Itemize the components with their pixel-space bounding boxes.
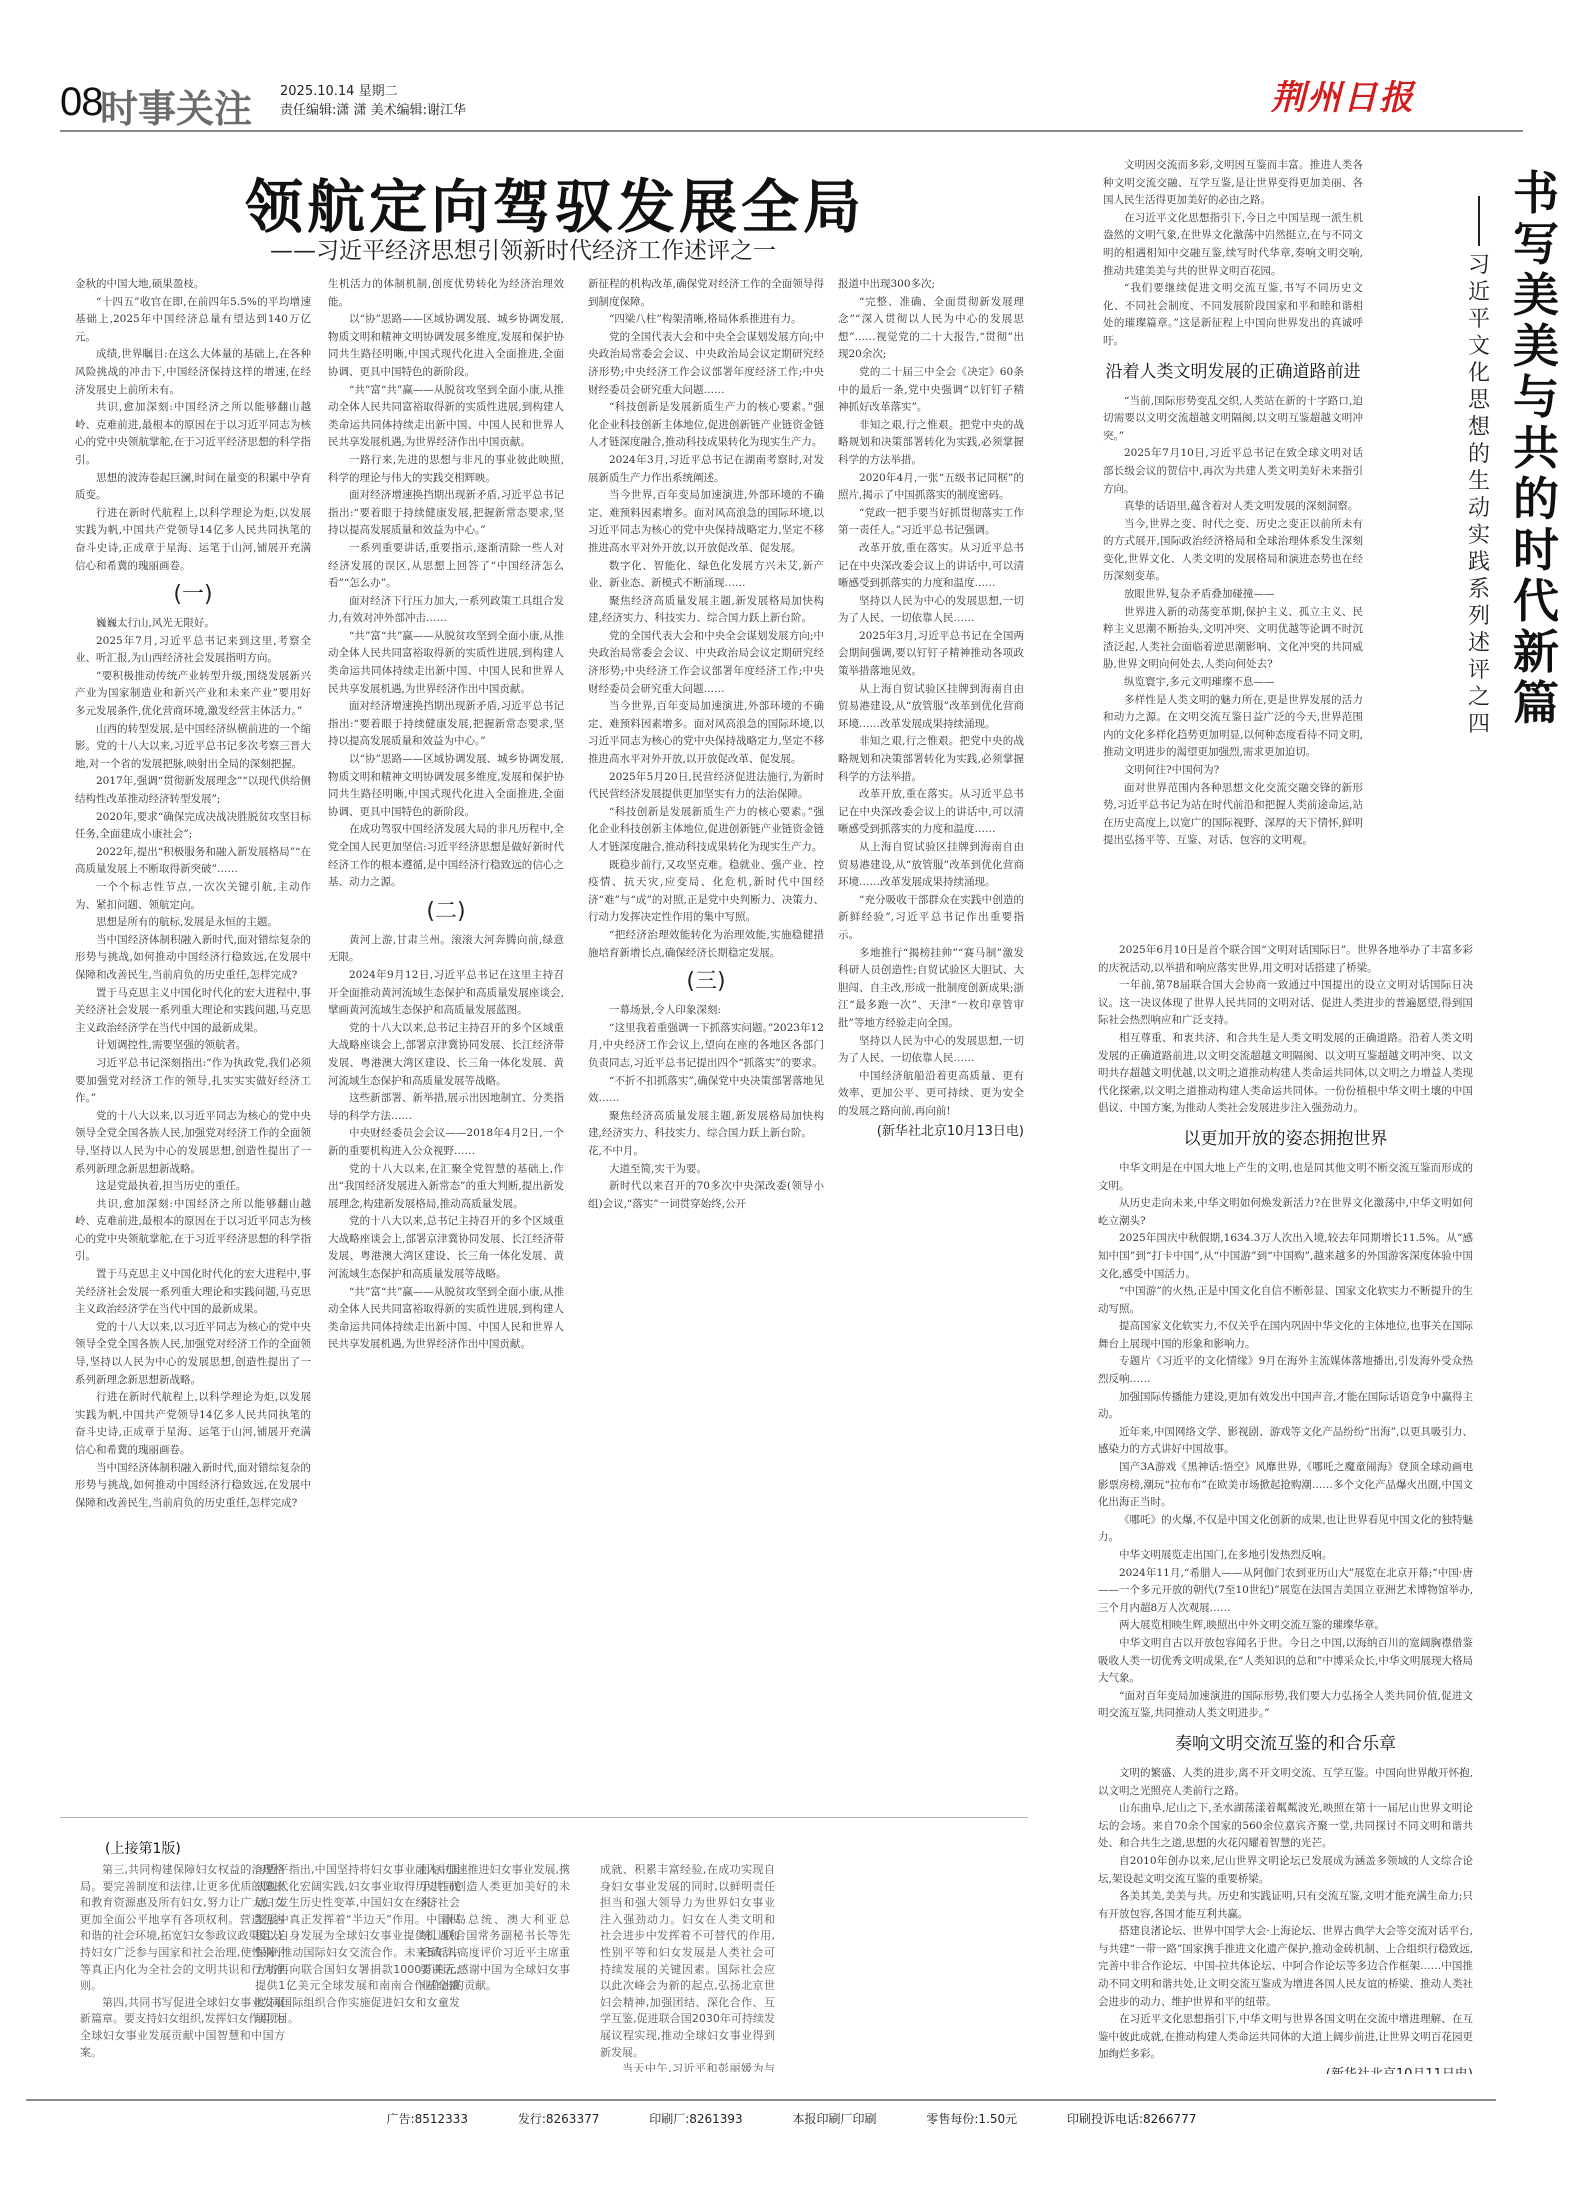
- paragraph: 文明何往?中国何为?: [1103, 762, 1363, 780]
- paragraph: 非知之艰,行之惟艰。把党中央的战略规划和决策部署转化为实践,必须掌握科学的方法举…: [838, 733, 1024, 786]
- paragraph: 非知之艰,行之惟艰。把党中央的战略规划和决策部署转化为实践,必须掌握科学的方法举…: [838, 417, 1024, 470]
- paragraph: 2022年,提出“积极服务和融入新发展格局”“在高质量发展上不断取得新突破”……: [75, 844, 311, 879]
- footer-ad-phone: 广告:8512333: [387, 2112, 469, 2126]
- paragraph: “不折不扣抓落实”,确保党中央决策部署落地见效……: [588, 1073, 824, 1108]
- paragraph: 共识,愈加深刻:中国经济之所以能够翻山越岭、克难前进,最根本的原因在于以习近平同…: [75, 1196, 311, 1266]
- paragraph: 面对经济下行压力加大,一系列政策工具组合发力,有效对冲外部冲击……: [328, 593, 564, 628]
- paragraph: 世界进入新的动荡变革期,保护主义、孤立主义、民粹主义思潮不断抬头,文明冲突、文明…: [1103, 604, 1363, 674]
- main-article-column-2: 生机活力的体制机制,创度优势转化为经济治理效能。 以“协”思路——区域协调发展、…: [328, 276, 564, 1806]
- paragraph: 2025年国庆中秋假期,1634.3万人次出入境,较去年同期增长11.5%。从“…: [1098, 1230, 1473, 1283]
- paragraph: 面对世界范围内各种思想文化交流交融交锋的新形势,习近平总书记为站在时代前沿和把握…: [1103, 780, 1363, 850]
- section-marker-2: (二): [328, 892, 564, 932]
- paragraph: 从上海自贸试验区挂牌到海南自由贸易港建设,从“放管服”改革到优化营商环境……改革…: [838, 839, 1024, 892]
- paragraph: 《哪吒》的火爆,不仅是中国文化创新的成果,也让世界看见中国文化的独特魅力。: [1098, 1512, 1473, 1547]
- paragraph: “面对百年变局加速演进的国际形势,我们要大力弘扬全人类共同价值,促进文明交流互鉴…: [1098, 1688, 1473, 1723]
- paragraph: 巍巍太行山,风光无限好。: [75, 615, 311, 633]
- paragraph: “十四五”收官在即,在前四年5.5%的平均增速基础上,2025年中国经济总量有望…: [75, 294, 311, 347]
- paragraph: “要积极推动传统产业转型升级,围绕发展新兴产业为国家制造业和新兴产业和未来产业”…: [75, 668, 311, 721]
- paragraph: 这些新部署、新举措,展示出因地制宜、分类指导的科学方法……: [328, 1090, 564, 1125]
- paragraph: 中华文明自古以开放包容闻名于世。今日之中国,以海纳百川的宽阔胸襟借鉴吸收人类一切…: [1098, 1635, 1473, 1688]
- paragraph: 一年前,第78届联合国大会协商一致通过中国提出的设立文明对话国际日决议。这一决议…: [1098, 977, 1473, 1030]
- section-marker-3: (三): [588, 962, 824, 1002]
- main-article-subtitle: ——习近平经济思想引领新时代经济工作述评之一: [270, 232, 776, 265]
- paragraph: 党的十八大以来,以习近平同志为核心的党中央领导全党全国各族人民,加强党对经济工作…: [75, 1319, 311, 1389]
- paragraph: 中华文明是在中国大地上产生的文明,也是同其他文明不断交流互鉴而形成的文明。: [1098, 1160, 1473, 1195]
- paragraph: 党的十八大以来,总书记主持召开的多个区域重大战略座谈会上,部署京津冀协同发展、长…: [328, 1020, 564, 1090]
- paragraph: “中国游”的火热,正是中国文化自信不断彰显、国家文化软实力不断提升的生动写照。: [1098, 1283, 1473, 1318]
- paragraph: 2017年,强调“贯彻新发展理念”“以现代供给侧结构性改革推动经济转型发展”;: [75, 773, 311, 808]
- paragraph: 当中国经济体制积融入新时代,面对错综复杂的形势与挑战,如何推动中国经济行稳致远,…: [75, 932, 311, 985]
- paragraph: 置于马克思主义中国化时代化的宏大进程中,事关经济社会发展一系列重大理论和实践问题…: [75, 1266, 311, 1319]
- paragraph: “党政一把手要当好抓贯彻落实工作第一责任人。”习近平总书记强调。: [838, 505, 1024, 540]
- footer-distribution-phone: 发行:8263377: [518, 2112, 600, 2126]
- paragraph: 计划调控性,需要坚强的领航者。: [75, 1037, 311, 1055]
- continuation-label: (上接第1版): [105, 1838, 181, 1858]
- paragraph: 2025年7月,习近平总书记来到这里,考察全业、听汇报,为山西经济社会发展指明方…: [75, 633, 311, 668]
- paragraph: 共识,愈加深刻:中国经济之所以能够翻山越岭、克难前进,最根本的原因在于以习近平同…: [75, 399, 311, 469]
- paragraph: 置于马克思主义中国化时代化的宏大进程中,事关经济社会发展一系列重大理论和实践问题…: [75, 985, 311, 1038]
- paragraph: 文明的繁盛、人类的进步,离不开文明交流、互学互鉴。中国向世界敞开怀抱,以文明之光…: [1098, 1765, 1473, 1800]
- editor-credits: 责任编辑:潇 潇 美术编辑:谢江华: [280, 101, 466, 120]
- side-section-heading-1: 沿着人类文明发展的正确道路前进: [1103, 355, 1363, 389]
- paragraph: 相互尊重、和衷共济、和合共生是人类文明发展的正确道路。沿着人类文明发展的正确道路…: [1098, 1030, 1473, 1118]
- paragraph: 以“协”思路——区域协调发展、城乡协调发展,物质文明和精神文明协调发展多维度,发…: [328, 311, 564, 381]
- paragraph: 行进在新时代航程上,以科学理论为炬,以发展实践为帆,中国共产党领导14亿多人民共…: [75, 1389, 311, 1459]
- paragraph: 2024年3月,习近平总书记在湖南考察时,对发展新质生产力作出系统阐述。: [588, 452, 824, 487]
- masthead-divider: [60, 130, 1523, 132]
- paragraph: 金秋的中国大地,硕果盈枝。: [75, 276, 311, 294]
- paragraph: “完整、准确、全面贯彻新发展理念”“深入贯彻以人民为中心的发展思想”……视觉党的…: [838, 294, 1024, 364]
- paragraph: 生机活力的体制机制,创度优势转化为经济治理效能。: [328, 276, 564, 311]
- paragraph: 习近平总书记深刻指出:“作为执政党,我们必须要加强党对经济工作的领导,扎实实实做…: [75, 1055, 311, 1108]
- paragraph: 党的十八大以来,以习近平同志为核心的党中央领导全党全国各族人民,加强党对经济工作…: [75, 1108, 311, 1178]
- paragraph: 新征程的机构改革,确保党对经济工作的全面领导得到制度保障。: [588, 276, 824, 311]
- paragraph: 当今世界,百年变局加速演进,外部环境的不确定、难预料因素增多。面对风高浪急的国际…: [588, 487, 824, 557]
- paragraph: 思想的波涛卷起巨澜,时间在量变的积累中孕育质变。: [75, 470, 311, 505]
- footer-printer-phone: 印刷厂:8261393: [649, 2112, 743, 2126]
- paragraph: 聚焦经济高质量发展主题,新发展格局加快构建,经济实力、科技实力、综合国力跃上新台…: [588, 1108, 824, 1143]
- paragraph: 党的全国代表大会和中央全会谋划发展方向;中央政治局常委会会议、中央政治局会议定期…: [588, 329, 824, 399]
- footer-price: 零售每份:1.50元: [926, 2112, 1017, 2126]
- paragraph: 山西的转型发展,是中国经济纵横前进的一个缩影。党的十八大以来,习近平总书记多次考…: [75, 721, 311, 774]
- paragraph: 近年来,中国网络文学、影视剧、游戏等文化产品纷纷“出海”,以更具吸引力、感染力的…: [1098, 1424, 1473, 1459]
- paragraph: 坚持以人民为中心的发展思想,一切为了人民、一切依靠人民……: [838, 593, 1024, 628]
- paragraph: 提高国家文化软实力,不仅关乎在国内巩固中华文化的主体地位,也事关在国际舞台上展现…: [1098, 1318, 1473, 1353]
- paragraph: 多地推行“揭榜挂帅”“赛马制”激发科研人员创造性;自贸试验区大胆试、大胆闯、自主…: [838, 945, 1024, 1033]
- paragraph: 当天中午,习近平和彭丽媛为与会国际贵宾举行欢迎宴会。: [600, 2061, 775, 2072]
- paragraph: “我们要继续促进文明交流互鉴,书写不同历史文化、不同社会制度、不同发展阶段国家和…: [1103, 280, 1363, 350]
- paragraph: 既稳步前行,又攻坚克难。稳就业、强产业、控疫情、抗天灾,应变局、化危机,新时代中…: [588, 857, 824, 927]
- paragraph: 黄河上游,甘肃兰州。滚滚大河奔腾向前,绿意无限。: [328, 932, 564, 967]
- paragraph: 一路行来,先进的思想与非凡的事业彼此映照,科学的理论与伟大的实践交相辉映。: [328, 452, 564, 487]
- paragraph: 多样性是人类文明的魅力所在,更是世界发展的活力和动力之源。在文明交流互鉴日益广泛…: [1103, 692, 1363, 762]
- side-article-subtitle: 习近平文化思想的生动实践系列述评之四: [1465, 196, 1493, 738]
- paragraph: 这是党最执着,担当历史的重任。: [75, 1178, 311, 1196]
- main-article-divider: [60, 1817, 1028, 1818]
- paragraph: 2024年9月12日,习近平总书记在这里主持召开全面推动黄河流域生态保护和高质量…: [328, 967, 564, 1020]
- paragraph: 一幕场景,令人印象深刻:: [588, 1002, 824, 1020]
- paragraph: 新时代以来召开的70多次中央深改委(领导小组)会议,“落实”一词贯穿始终,公开: [588, 1178, 824, 1213]
- paragraph: 党的全国代表大会和中央全会谋划发展方向;中央政治局常委会会议、中央政治局会议定期…: [588, 628, 824, 698]
- footer-divider: [26, 2099, 1496, 2101]
- paragraph: 冰岛总统、澳大利亚总统、联合国常务副秘书长等先后致辞,高度评价习近平主席重要讲话…: [420, 1912, 570, 1995]
- paragraph: “科技创新是发展新质生产力的核心要素。”强化企业科技创新主体地位,促进创新链产业…: [588, 804, 824, 857]
- side-article-subtitle-text: 习近平文化思想的生动实践系列述评之四: [1468, 253, 1490, 737]
- issue-meta: 2025.10.14 星期二 责任编辑:潇 潇 美术编辑:谢江华: [280, 82, 466, 120]
- paragraph: 当中国经济体制积融入新时代,面对错综复杂的形势与挑战,如何推动中国经济行稳致远,…: [75, 1460, 311, 1513]
- paragraph: 专题片《习近平的文化情缘》9月在海外主流媒体落地播出,引发海外受众热烈反响……: [1098, 1353, 1473, 1388]
- continuation-column-3: 目标,加速推进妇女事业发展,携手共同创造人类更加美好的未来。 冰岛总统、澳大利亚…: [420, 1862, 570, 2072]
- paragraph: 搭建良渚论坛、世界中国学大会·上海论坛、世界古典学大会等交流对话平台,与共建“一…: [1098, 1923, 1473, 2011]
- subtitle-dash: [1478, 196, 1480, 246]
- paragraph: 2025年5月20日,民营经济促进法施行,为新时代民营经济发展提供更加坚实有力的…: [588, 769, 824, 804]
- paragraph: 党的十八大以来,总书记主持召开的多个区域重大战略座谈会上,部署京津冀协同发展、长…: [328, 1213, 564, 1283]
- paragraph: 当今世界,百年变局加速演进,外部环境的不确定、难预料因素增多。面对风高浪急的国际…: [588, 698, 824, 768]
- paragraph: 文明因交流而多彩,文明因互鉴而丰富。推进人类各种文明交流交融、互学互鉴,是让世界…: [1103, 157, 1363, 210]
- section-marker-1: (一): [75, 575, 311, 615]
- paragraph: 坚持以人民为中心的发展思想,一切为了人民、一切依靠人民……: [838, 1033, 1024, 1068]
- page-number: 08: [60, 80, 103, 125]
- paragraph: “共”富“共”赢——从脱贫攻坚到全面小康,从推动全体人民共同富裕取得新的实质性进…: [328, 1284, 564, 1354]
- paragraph: “科技创新是发展新质生产力的核心要素。”强化企业科技创新主体地位,促进创新链产业…: [588, 399, 824, 452]
- paragraph: 行进在新时代航程上,以科学理论为炬,以发展实践为帆,中国共产党领导14亿多人民共…: [75, 505, 311, 575]
- paragraph: 在成功驾驭中国经济发展大局的非凡历程中,全党全国人民更加坚信:习近平经济思想是做…: [328, 821, 564, 891]
- paragraph: 各美其美,美美与共。历史和实践证明,只有交流互鉴,文明才能充满生命力;只有开放包…: [1098, 1888, 1473, 1923]
- paragraph: 在习近平文化思想指引下,中华文明与世界各国文明在交流中增进理解、在互鉴中彼此成就…: [1098, 2011, 1473, 2064]
- paragraph: “共”富“共”赢——从脱贫攻坚到全面小康,从推动全体人民共同富裕取得新的实质性进…: [328, 628, 564, 698]
- paragraph: 中央财经委员会会议——2018年4月2日,一个新的重要机构进入公众视野……: [328, 1125, 564, 1160]
- paragraph: 2020年,要求“确保完成决战决胜脱贫攻坚目标任务,全面建成小康社会”;: [75, 809, 311, 844]
- paragraph: 思想是所有的航标,发展是永恒的主题。: [75, 914, 311, 932]
- paragraph: 大道至简,实干为要。: [588, 1161, 824, 1179]
- paragraph: 中华文明展览走出国门,在多地引发热烈反响。: [1098, 1547, 1473, 1565]
- footer-complaint-phone: 印刷投诉电话:8266777: [1067, 2112, 1197, 2126]
- paragraph: 一个个标志性节点,一次次关键引航,主动作为、紧扣问题、领航定向。: [75, 879, 311, 914]
- paragraph: 在习近平文化思想指引下,今日之中国呈现一派生机盎然的文明气象,在世界文化激荡中岿…: [1103, 210, 1363, 280]
- paragraph: 数字化、智能化、绿色化发展方兴未艾,新产业、新业态、新模式不断涌现……: [588, 558, 824, 593]
- paragraph: 花,不中月。: [588, 1143, 824, 1161]
- main-article-column-3: 新征程的机构改革,确保党对经济工作的全面领导得到制度保障。 “四梁八柱”构架清晰…: [588, 276, 824, 1806]
- paragraph: “这里我着重强调一下抓落实问题。”2023年12月,中央经济工作会议上,望向在座…: [588, 1020, 824, 1073]
- paragraph: 放眼世界,复杂矛盾叠加碰撞——: [1103, 586, 1363, 604]
- paragraph: 2025年6月10日是首个联合国“文明对话国际日”。世界各地举办了丰富多彩的庆祝…: [1098, 942, 1473, 977]
- paragraph: 真挚的话语里,蕴含着对人类文明发展的深刻洞察。: [1103, 498, 1363, 516]
- paragraph: 成就、积累丰富经验,在成功实现自身妇女事业发展的同时,以鲜明责任担当和强大领导力…: [600, 1862, 775, 2061]
- paragraph: “充分吸收干部群众在实践中创造的新鲜经验”,习近平总书记作出重要指示。: [838, 892, 1024, 945]
- paragraph: 加强国际传播能力建设,更加有效发出中国声音,才能在国际话语竞争中赢得主动。: [1098, 1389, 1473, 1424]
- paragraph: 改革开放,重在落实。从习近平总书记在中央深改委会议上的讲话中,可以清晰感受到抓落…: [838, 540, 1024, 593]
- paragraph: 中国经济航船沿着更高质量、更有效率、更加公平、更可持续、更为安全的发展之路向前,…: [838, 1068, 1024, 1121]
- paragraph: 当今,世界之变、时代之变、历史之变正以前所未有的方式展开,国际政治经济格局和全球…: [1103, 516, 1363, 586]
- section-name: 时事关注: [100, 78, 252, 133]
- paragraph: 2025年7月10日,习近平总书记在致全球文明对话部长级会议的贺信中,再次为共建…: [1103, 445, 1363, 498]
- paragraph: 成绩,世界瞩目:在这么大体量的基础上,在各种风险挑战的冲击下,中国经济保持这样的…: [75, 346, 311, 399]
- page-footer: 广告:8512333 发行:8263377 印刷厂:8261393 本报印刷厂印…: [0, 2110, 1583, 2127]
- main-article-column-4: 报道中出现300多次; “完整、准确、全面贯彻新发展理念”“深入贯彻以人民为中心…: [838, 276, 1024, 1806]
- paragraph: 党的二十届三中全会《决定》60条中的最后一条,党中央强调“以钉钉子精神抓好改革落…: [838, 364, 1024, 417]
- paragraph: 报道中出现300多次;: [838, 276, 1024, 294]
- paragraph: “共”富“共”赢——从脱贫攻坚到全面小康,从推动全体人民共同富裕取得新的实质性进…: [328, 382, 564, 452]
- paragraph: 目标,加速推进妇女事业发展,携手共同创造人类更加美好的未来。: [420, 1862, 570, 1912]
- paragraph: 一系列重要讲话,重要指示,逐渐清除一些人对经济发展的误区,从思想上回答了“中国经…: [328, 540, 564, 593]
- paragraph: 两大展览相映生辉,映照出中外文明交流互鉴的璀璨华章。: [1098, 1617, 1473, 1635]
- side-section-heading-3: 奏响文明交流互鉴的和合乐章: [1098, 1727, 1473, 1761]
- side-article-credit: (新华社北京10月11日电): [1098, 2064, 1473, 2074]
- paragraph: 山东曲阜,尼山之下,圣水湖荡漾着粼粼波光,映照在第十一届尼山世界文明论坛的会场。…: [1098, 1800, 1473, 1853]
- paragraph: “把经济治理效能转化为治理效能,实施稳健措施培育新增长点,确保经济长期稳定发展。: [588, 927, 824, 962]
- paragraph: 国产3A游戏《黑神话:悟空》风靡世界,《哪吒之魔童闹海》登顶全球动画电影票房榜,…: [1098, 1459, 1473, 1512]
- paragraph: 自2010年创办以来,尼山世界文明论坛已发展成为涵盖多领域的人文综合论坛,架设起…: [1098, 1853, 1473, 1888]
- paragraph: 2025年3月,习近平总书记在全国两会期间强调,要以钉钉子精神推动各项政策举措落…: [838, 628, 1024, 681]
- side-section-heading-2: 以更加开放的姿态拥抱世界: [1098, 1122, 1473, 1156]
- main-article-column-1: 金秋的中国大地,硕果盈枝。 “十四五”收官在即,在前四年5.5%的平均增速基础上…: [75, 276, 311, 1806]
- paragraph: 从上海自贸试验区挂牌到海南自由贸易港建设,从“放管服”改革到优化营商环境……改革…: [838, 681, 1024, 734]
- paragraph: “四梁八柱”构架清晰,格局体系推进有力。: [588, 311, 824, 329]
- page-masthead: 08 时事关注 2025.10.14 星期二 责任编辑:潇 潇 美术编辑:谢江华…: [60, 70, 1523, 132]
- paragraph: 以“协”思路——区域协调发展、城乡协调发展,物质文明和精神文明协调发展多维度,发…: [328, 751, 564, 821]
- paragraph: 面对经济增速换挡期出现新矛盾,习近平总书记指出:“要着眼于持续健康发展,把握新常…: [328, 698, 564, 751]
- paragraph: 面对经济增速换挡期出现新矛盾,习近平总书记指出:“要着眼于持续健康发展,把握新常…: [328, 487, 564, 540]
- paragraph: “当前,国际形势变乱交织,人类站在新的十字路口,迫切需要以文明交流超越文明隔阂,…: [1103, 393, 1363, 446]
- newspaper-logo: 荆州日报: [1271, 70, 1415, 119]
- issue-date: 2025.10.14 星期二: [280, 82, 466, 101]
- side-article-title: 书写美美与共的时代新篇: [1510, 168, 1562, 729]
- paragraph: 改革开放,重在落实。从习近平总书记在中央深改委会议上的讲话中,可以清晰感受到抓落…: [838, 786, 1024, 839]
- paragraph: 纵览寰宇,多元文明璀璨不息——: [1103, 674, 1363, 692]
- paragraph: 从历史走向未来,中华文明如何焕发新活力?在世界文化激荡中,中华文明如何屹立潮头?: [1098, 1195, 1473, 1230]
- paragraph: 聚焦经济高质量发展主题,新发展格局加快构建,经济实力、科技实力、综合国力跃上新台…: [588, 593, 824, 628]
- footer-printer-note: 本报印刷厂印刷: [793, 2112, 877, 2126]
- continuation-column-4: 成就、积累丰富经验,在成功实现自身妇女事业发展的同时,以鲜明责任担当和强大领导力…: [600, 1862, 775, 2072]
- paragraph: 2024年11月,“希腊人——从阿伽门农到亚历山大”展览在北京开幕;“中国·唐—…: [1098, 1565, 1473, 1618]
- main-article-credit: (新华社北京10月13日电): [838, 1121, 1024, 1143]
- side-article-intro: 文明因交流而多彩,文明因互鉴而丰富。推进人类各种文明交流交融、互学互鉴,是让世界…: [1103, 157, 1363, 942]
- side-article-body: 2025年6月10日是首个联合国“文明对话国际日”。世界各地举办了丰富多彩的庆祝…: [1098, 942, 1473, 2074]
- paragraph: 2020年4月,一张“五级书记同框”的照片,揭示了中国抓落实的制度密码。: [838, 470, 1024, 505]
- paragraph: 党的十八大以来,在汇聚全党智慧的基础上,作出“我国经济发展进入新常态”的重大判断…: [328, 1161, 564, 1214]
